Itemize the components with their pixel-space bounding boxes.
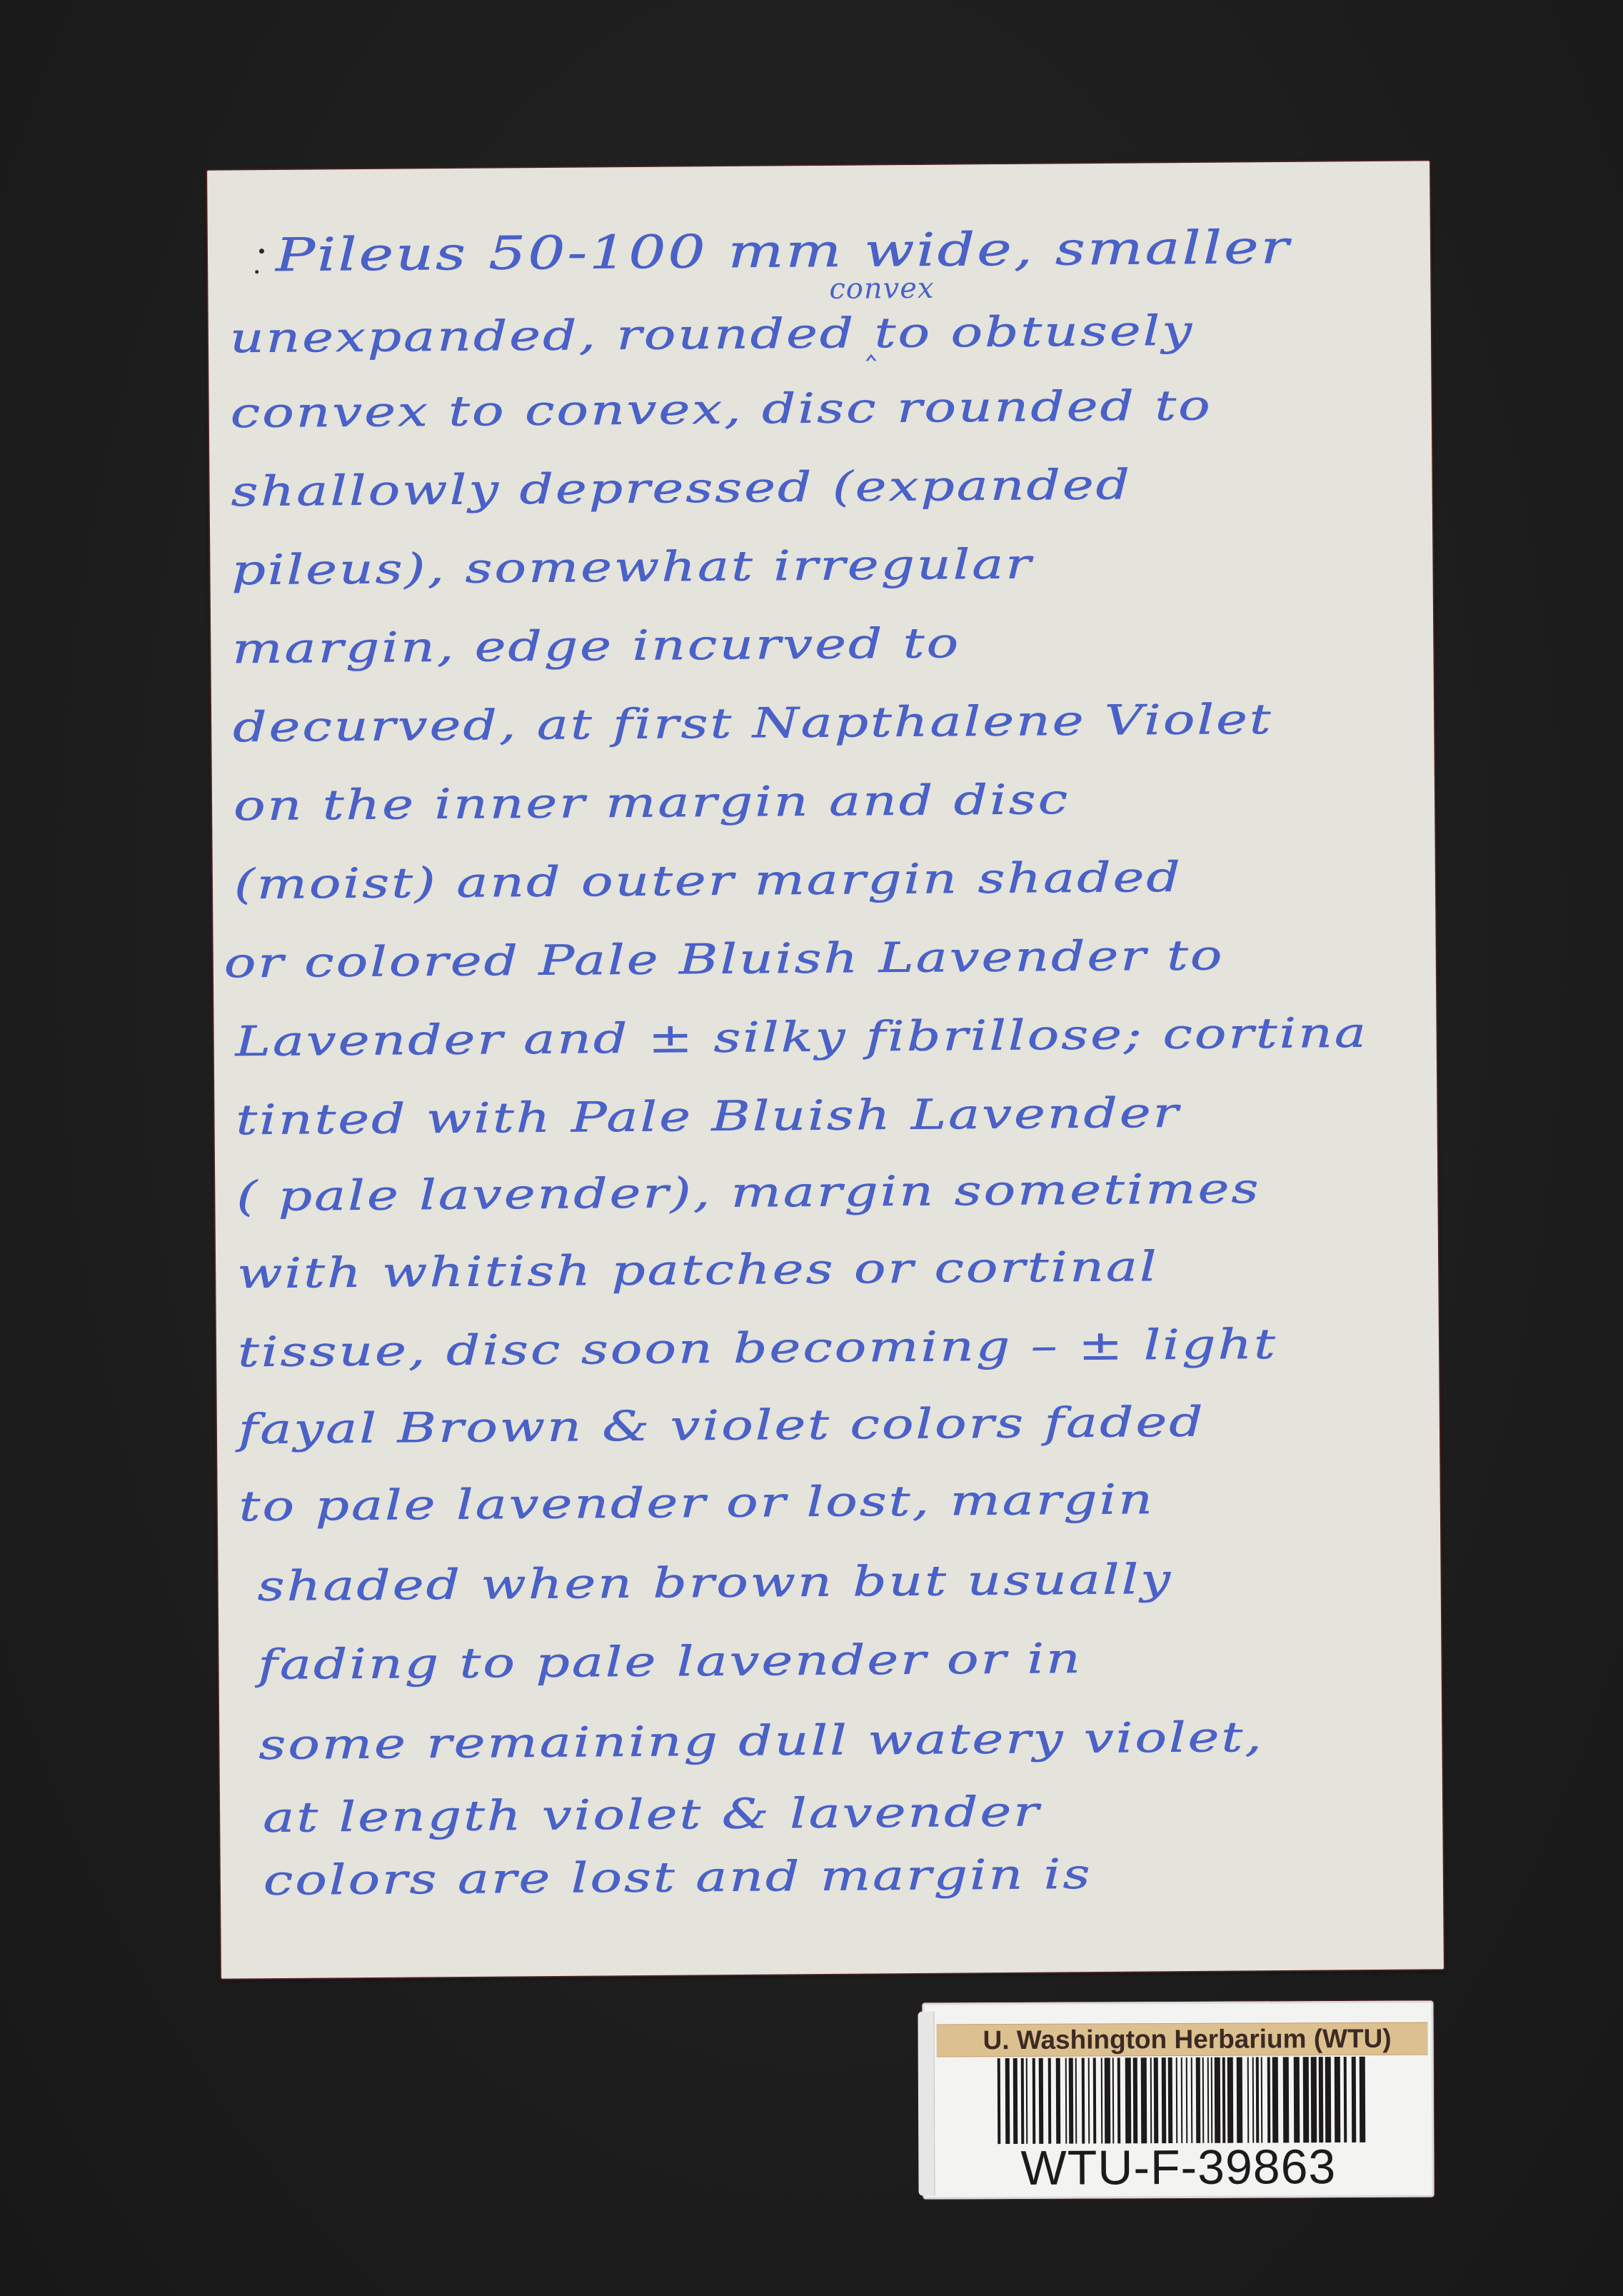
note-line-16: fayal Brown & violet colors faded xyxy=(238,1401,1205,1450)
note-line-15: tissue, disc soon becoming – ± light xyxy=(238,1323,1277,1373)
institution-band: U. Washington Herbarium (WTU) xyxy=(937,2022,1428,2057)
note-line-13: ( pale lavender), margin sometimes xyxy=(236,1168,1260,1217)
note-line-3: convex to convex, disc rounded to xyxy=(231,385,1212,434)
note-line-6: margin, edge incurved to xyxy=(232,623,960,670)
note-line-20: some remaining dull watery violet, xyxy=(258,1716,1264,1765)
note-line-18: shaded when brown but usually xyxy=(257,1558,1172,1607)
note-line-5: pileus), somewhat irregular xyxy=(231,543,1033,591)
note-line-11: Lavender and ± silky fibrillose; cortina xyxy=(235,1012,1368,1062)
note-line-19: fading to pale lavender or in xyxy=(258,1638,1082,1685)
note-line-1: Pileus 50-100 mm wide, smaller xyxy=(276,225,1291,279)
note-line-17: to pale lavender or lost, margin xyxy=(239,1479,1155,1528)
note-line-10: or colored Pale Bluish Lavender to xyxy=(224,935,1225,984)
note-line-9: (moist) and outer margin shaded xyxy=(234,856,1182,905)
note-line-4: shallowly depressed (expanded xyxy=(231,464,1132,513)
punch-dot xyxy=(255,270,258,274)
note-insertion: convex xyxy=(829,272,934,306)
handwritten-note-card: Pileus 50-100 mm wide, smaller convex ‸ … xyxy=(207,161,1444,1978)
catalog-number: WTU-F-39863 xyxy=(923,2142,1434,2192)
note-line-22: colors are lost and margin is xyxy=(263,1853,1092,1901)
institution-name: U. Washington Herbarium (WTU) xyxy=(937,2022,1428,2056)
note-line-12: tinted with Pale Bluish Lavender xyxy=(236,1092,1180,1141)
note-line-7: decurved, at first Napthalene Violet xyxy=(233,698,1273,748)
note-line-2: unexpanded, rounded to obtusely xyxy=(230,310,1195,359)
note-line-14: with whitish patches or cortinal xyxy=(237,1246,1159,1295)
note-line-21: at length violet & lavender xyxy=(263,1791,1041,1838)
scan-background: Pileus 50-100 mm wide, smaller convex ‸ … xyxy=(0,0,1623,2296)
barcode-icon xyxy=(998,2057,1384,2144)
note-line-8: on the inner margin and disc xyxy=(233,779,1070,827)
herbarium-barcode-label: U. Washington Herbarium (WTU) WTU-F-3986… xyxy=(922,2000,1434,2199)
punch-dot xyxy=(259,249,264,254)
